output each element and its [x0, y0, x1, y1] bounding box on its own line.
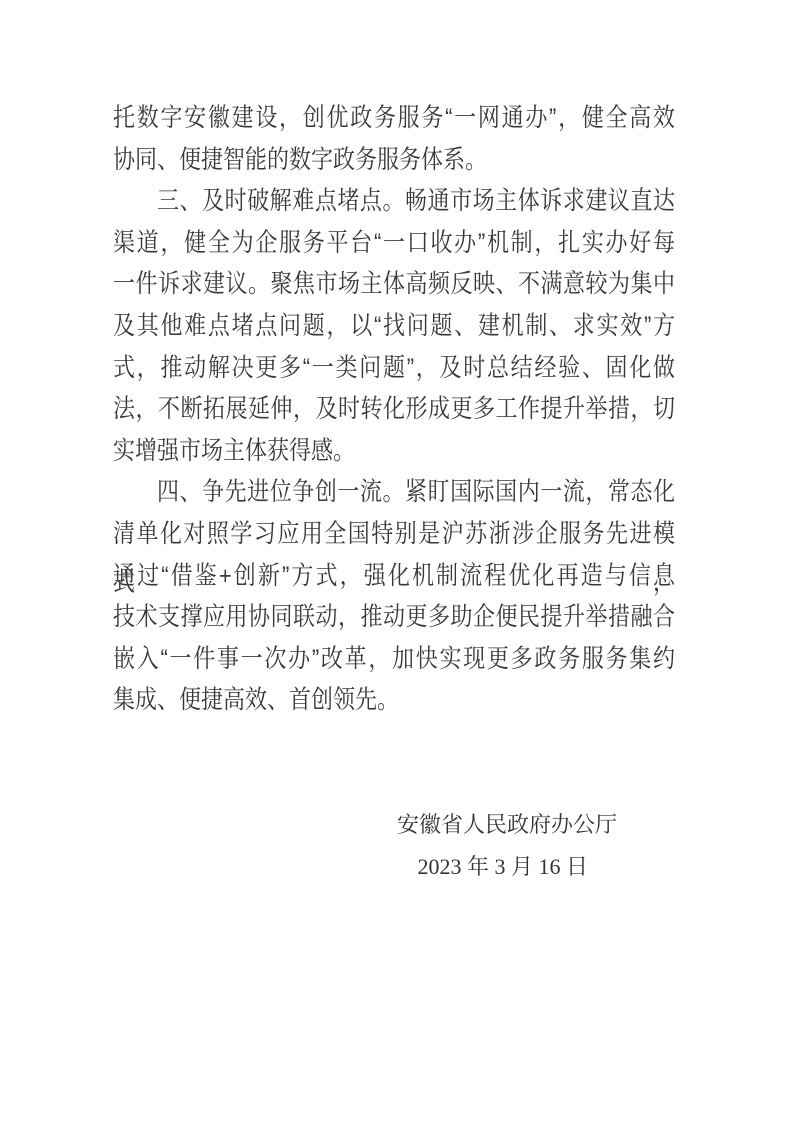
body-line: 托数字安徽建设，创优政务服务“一网通办”，健全高效: [113, 94, 675, 142]
body-line: 及其他难点堵点问题，以“找问题、建机制、求实效”方: [113, 302, 675, 350]
body-line: 清单化对照学习应用全国特别是沪苏浙涉企服务先进模式，: [113, 510, 675, 558]
document-page: 托数字安徽建设，创优政务服务“一网通办”，健全高效 协同、便捷智能的数字政务服务…: [0, 0, 793, 1122]
blank-spacer: [113, 721, 675, 804]
body-line-section-4: 四、争先进位争创一流。紧盯国际国内一流，常态化: [113, 468, 675, 516]
body-line: 法，不断拓展延伸，及时转化形成更多工作提升举措，切: [113, 385, 675, 433]
signature-organization: 安徽省人民政府办公厅: [113, 804, 675, 846]
body-line-section-3: 三、及时破解难点堵点。畅通市场主体诉求建议直达: [113, 177, 675, 225]
body-line: 集成、便捷高效、首创领先。: [113, 676, 675, 724]
body-line: 技术支撑应用协同联动，推动更多助企便民提升举措融合: [113, 593, 675, 641]
signature-date: 2023 年 3 月 16 日: [113, 846, 675, 888]
document-body: 托数字安徽建设，创优政务服务“一网通办”，健全高效 协同、便捷智能的数字政务服务…: [113, 97, 675, 887]
